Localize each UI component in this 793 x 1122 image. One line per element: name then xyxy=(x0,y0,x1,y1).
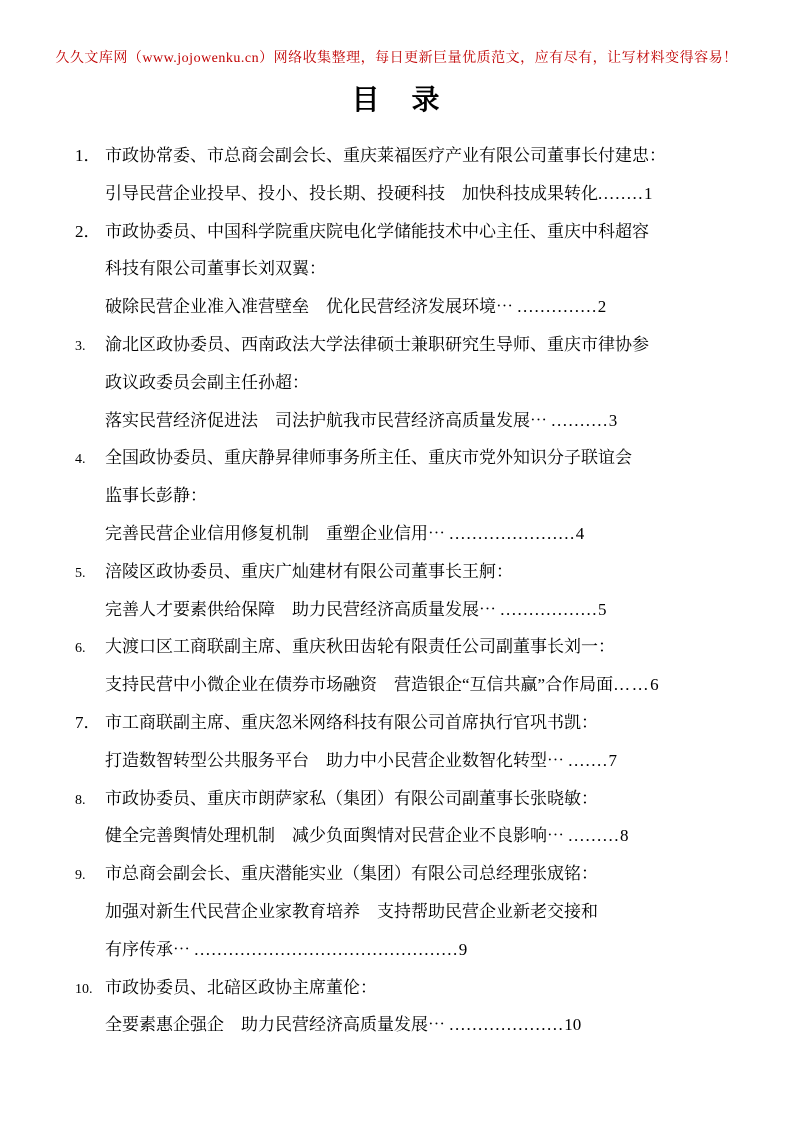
toc-item-number: 10. xyxy=(75,971,105,1009)
toc-item-number: 2． xyxy=(75,213,105,251)
toc-item: 9.市总商会副会长、重庆潜能实业（集团）有限公司总经理张宬铭：加强对新生代民营企… xyxy=(75,855,725,968)
toc-line: 4.全国政协委员、重庆静昇律师事务所主任、重庆市党外知识分子联谊会 xyxy=(75,439,725,477)
toc-item-number: 6. xyxy=(75,630,105,668)
page-title: 目 录 xyxy=(0,78,793,118)
toc-item-text: 市政协常委、市总商会副会长、重庆莱福医疗产业有限公司董事长付建忠： xyxy=(105,146,666,165)
toc-page-number: 9 xyxy=(459,940,468,959)
toc-item-text: 破除民营企业准入准营壁垒 优化民营经济发展环境⋯ xyxy=(105,297,517,316)
toc-line: 7．市工商联副主席、重庆忽米网络科技有限公司首席执行官巩书凯： xyxy=(75,704,725,742)
toc-item-text: 监事长彭静： xyxy=(105,486,207,505)
toc-item-number: 7． xyxy=(75,704,105,742)
toc-item-number: 9. xyxy=(75,857,105,895)
toc-item: 1．市政协常委、市总商会副会长、重庆莱福医疗产业有限公司董事长付建忠：引导民营企… xyxy=(75,137,725,213)
toc-line: 8.市政协委员、重庆市朗萨家私（集团）有限公司副董事长张晓敏： xyxy=(75,780,725,818)
toc-line: 1．市政协常委、市总商会副会长、重庆莱福医疗产业有限公司董事长付建忠： xyxy=(75,137,725,175)
toc-item-text: 完善民营企业信用修复机制 重塑企业信用⋯ xyxy=(105,524,449,543)
toc-item-text: 健全完善舆情处理机制 减少负面舆情对民营企业不良影响⋯ xyxy=(105,826,568,845)
toc-page-number: 4 xyxy=(576,524,585,543)
toc-item: 7．市工商联副主席、重庆忽米网络科技有限公司首席执行官巩书凯：打造数智转型公共服… xyxy=(75,704,725,780)
toc-dot-leader: ......... xyxy=(568,826,620,845)
toc-item-text: 市总商会副会长、重庆潜能实业（集团）有限公司总经理张宬铭： xyxy=(105,864,598,883)
toc-item: 3.渝北区政协委员、西南政法大学法律硕士兼职研究生导师、重庆市律协参政议政委员会… xyxy=(75,326,725,439)
toc-line: 5.涪陵区政协委员、重庆广灿建材有限公司董事长王舸： xyxy=(75,553,725,591)
toc-line: 引导民营企业投早、投小、投长期、投硬科技 加快科技成果转化........1 xyxy=(75,175,725,213)
toc-item: 6.大渡口区工商联副主席、重庆秋田齿轮有限责任公司副董事长刘一：支持民营中小微企… xyxy=(75,628,725,704)
toc-line: 完善民营企业信用修复机制 重塑企业信用⋯ ...................… xyxy=(75,515,725,553)
table-of-contents: 1．市政协常委、市总商会副会长、重庆莱福医疗产业有限公司董事长付建忠：引导民营企… xyxy=(75,137,725,1044)
toc-dot-leader: .......... xyxy=(551,411,609,430)
toc-item-text: 市政协委员、中国科学院重庆院电化学储能技术中心主任、重庆中科超容 xyxy=(105,222,649,241)
toc-line: 落实民营经济促进法 司法护航我市民营经济高质量发展⋯ ..........3 xyxy=(75,402,725,440)
toc-dot-leader: ....... xyxy=(568,751,608,770)
toc-page-number: 7 xyxy=(609,751,618,770)
header-notice: 久久文库网（www.jojowenku.cn）网络收集整理，每日更新巨量优质范文… xyxy=(0,47,793,67)
toc-line: 完善人才要素供给保障 助力民营经济高质量发展⋯ ................… xyxy=(75,591,725,629)
toc-dot-leader: ................. xyxy=(500,600,598,619)
toc-dot-leader: ........ xyxy=(598,184,644,203)
toc-item-text: 完善人才要素供给保障 助力民营经济高质量发展⋯ xyxy=(105,600,500,619)
toc-line: 全要素惠企强企 助力民营经济高质量发展⋯ ...................… xyxy=(75,1006,725,1044)
toc-page-number: 3 xyxy=(609,411,618,430)
toc-item: 5.涪陵区政协委员、重庆广灿建材有限公司董事长王舸：完善人才要素供给保障 助力民… xyxy=(75,553,725,629)
toc-item-text: 渝北区政协委员、西南政法大学法律硕士兼职研究生导师、重庆市律协参 xyxy=(105,335,649,354)
toc-dot-leader: ........................................… xyxy=(194,940,459,959)
toc-line: 打造数智转型公共服务平台 助力中小民营企业数智化转型⋯ .......7 xyxy=(75,742,725,780)
document-page: 久久文库网（www.jojowenku.cn）网络收集整理，每日更新巨量优质范文… xyxy=(0,0,793,1122)
toc-line: 监事长彭静： xyxy=(75,477,725,515)
toc-line: 有序传承⋯ ..................................… xyxy=(75,931,725,969)
toc-line: 加强对新生代民营企业家教育培养 支持帮助民营企业新老交接和 xyxy=(75,893,725,931)
toc-item-text: 有序传承⋯ xyxy=(105,940,194,959)
toc-item-number: 3. xyxy=(75,328,105,366)
toc-item-number: 1． xyxy=(75,137,105,175)
toc-line: 科技有限公司董事长刘双翼： xyxy=(75,250,725,288)
toc-item-text: 落实民营经济促进法 司法护航我市民营经济高质量发展⋯ xyxy=(105,411,551,430)
toc-page-number: 6 xyxy=(650,675,659,694)
toc-item: 2．市政协委员、中国科学院重庆院电化学储能技术中心主任、重庆中科超容科技有限公司… xyxy=(75,213,725,326)
toc-item-text: 市政协委员、重庆市朗萨家私（集团）有限公司副董事长张晓敏： xyxy=(105,789,598,808)
toc-item: 4.全国政协委员、重庆静昇律师事务所主任、重庆市党外知识分子联谊会监事长彭静：完… xyxy=(75,439,725,552)
toc-item-text: 政议政委员会副主任孙超： xyxy=(105,373,309,392)
toc-page-number: 10 xyxy=(564,1015,581,1034)
toc-page-number: 5 xyxy=(598,600,607,619)
toc-line: 健全完善舆情处理机制 减少负面舆情对民营企业不良影响⋯ .........8 xyxy=(75,817,725,855)
toc-item-text: 引导民营企业投早、投小、投长期、投硬科技 加快科技成果转化 xyxy=(105,184,598,203)
toc-item-text: 打造数智转型公共服务平台 助力中小民营企业数智化转型⋯ xyxy=(105,751,568,770)
toc-item-text: 科技有限公司董事长刘双翼： xyxy=(105,259,326,278)
toc-line: 破除民营企业准入准营壁垒 优化民营经济发展环境⋯ ..............2 xyxy=(75,288,725,326)
toc-item-text: 涪陵区政协委员、重庆广灿建材有限公司董事长王舸： xyxy=(105,562,513,581)
toc-item-text: 大渡口区工商联副主席、重庆秋田齿轮有限责任公司副董事长刘一： xyxy=(105,637,615,656)
toc-item-text: 全要素惠企强企 助力民营经济高质量发展⋯ xyxy=(105,1015,449,1034)
toc-item-text: 全国政协委员、重庆静昇律师事务所主任、重庆市党外知识分子联谊会 xyxy=(105,448,632,467)
toc-item-number: 8. xyxy=(75,782,105,820)
toc-item-number: 5. xyxy=(75,555,105,593)
toc-page-number: 8 xyxy=(620,826,629,845)
toc-dot-leader: .................... xyxy=(449,1015,564,1034)
toc-item-text: 加强对新生代民营企业家教育培养 支持帮助民营企业新老交接和 xyxy=(105,902,598,921)
toc-line: 3.渝北区政协委员、西南政法大学法律硕士兼职研究生导师、重庆市律协参 xyxy=(75,326,725,364)
toc-line: 10.市政协委员、北碚区政协主席董伦： xyxy=(75,969,725,1007)
toc-page-number: 1 xyxy=(644,184,653,203)
toc-item: 8.市政协委员、重庆市朗萨家私（集团）有限公司副董事长张晓敏：健全完善舆情处理机… xyxy=(75,780,725,856)
toc-dot-leader: .............. xyxy=(517,297,598,316)
toc-item-text: 支持民营中小微企业在债券市场融资 营造银企“互信共赢”合作局面 xyxy=(105,675,613,694)
toc-dot-leader: ...................... xyxy=(449,524,576,543)
toc-page-number: 2 xyxy=(598,297,607,316)
toc-item-text: 市政协委员、北碚区政协主席董伦： xyxy=(105,978,377,997)
toc-line: 支持民营中小微企业在债券市场融资 营造银企“互信共赢”合作局面……6 xyxy=(75,666,725,704)
toc-item-text: 市工商联副主席、重庆忽米网络科技有限公司首席执行官巩书凯： xyxy=(105,713,598,732)
toc-item-number: 4. xyxy=(75,441,105,479)
toc-dot-leader: …… xyxy=(613,675,650,694)
toc-line: 2．市政协委员、中国科学院重庆院电化学储能技术中心主任、重庆中科超容 xyxy=(75,213,725,251)
toc-line: 9.市总商会副会长、重庆潜能实业（集团）有限公司总经理张宬铭： xyxy=(75,855,725,893)
toc-line: 6.大渡口区工商联副主席、重庆秋田齿轮有限责任公司副董事长刘一： xyxy=(75,628,725,666)
toc-item: 10.市政协委员、北碚区政协主席董伦：全要素惠企强企 助力民营经济高质量发展⋯ … xyxy=(75,969,725,1045)
toc-line: 政议政委员会副主任孙超： xyxy=(75,364,725,402)
